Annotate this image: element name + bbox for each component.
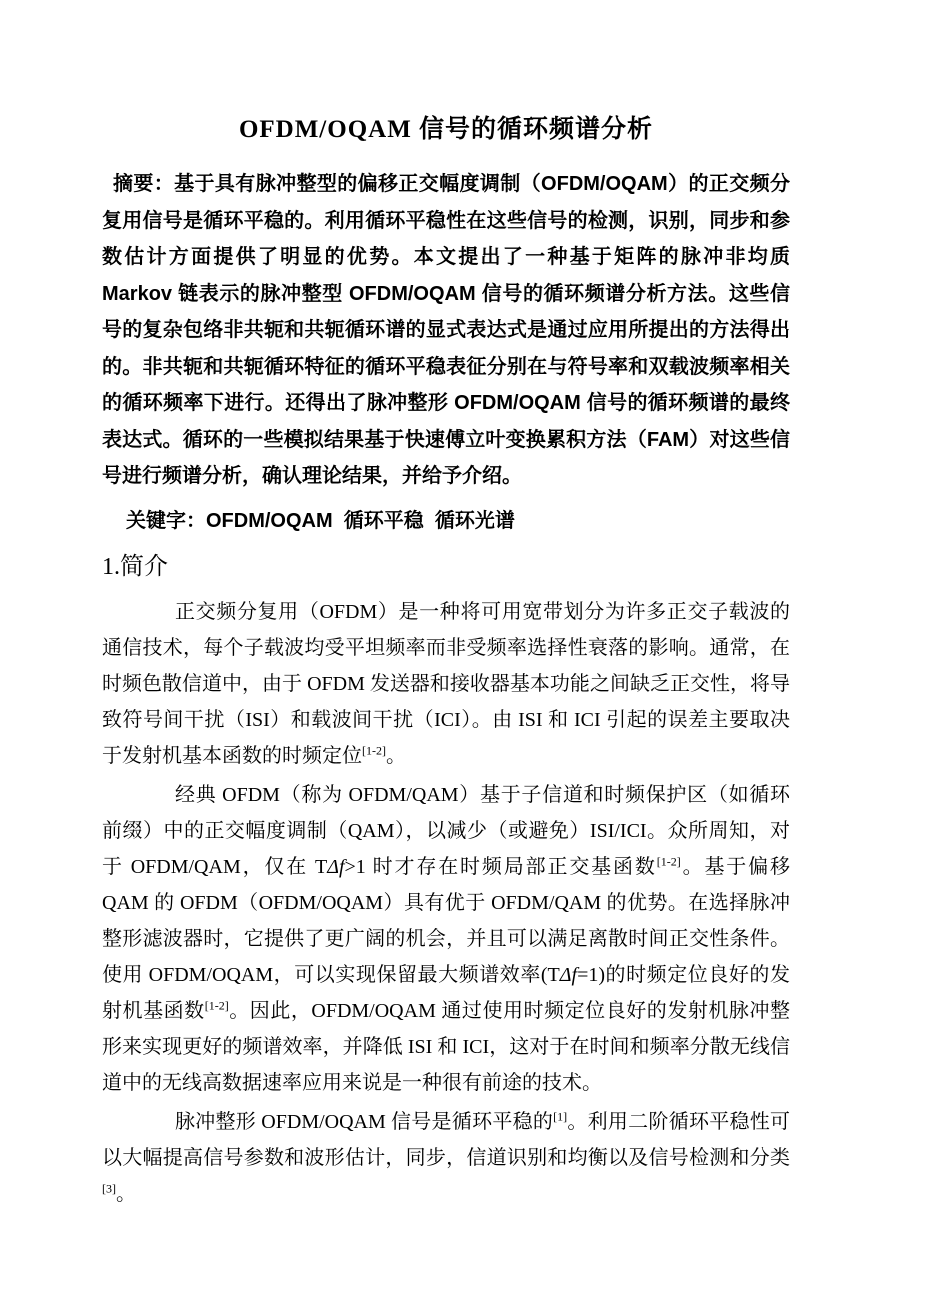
abstract-paragraph: 摘要：基于具有脉冲整型的偏移正交幅度调制（OFDM/OQAM）的正交频分复用信号… xyxy=(102,166,790,495)
text-run: >1 时才存在时频局部正交基函数 xyxy=(345,856,657,878)
citation-reference: [1-2] xyxy=(362,743,386,757)
math-symbol: Δf xyxy=(560,964,577,986)
body-paragraph: 经典 OFDM（称为 OFDM/QAM）基于子信道和时频保护区（如循环前缀）中的… xyxy=(102,777,790,1101)
keywords-line: 关键字：OFDM/OQAM 循环平稳 循环光谱 xyxy=(102,503,790,539)
section-heading: 1.简介 xyxy=(102,552,790,583)
citation-reference: [1-2] xyxy=(657,854,681,868)
section-number: 1. xyxy=(102,554,120,580)
body-paragraph: 正交频分复用（OFDM）是一种将可用宽带划分为许多正交子载波的通信技术，每个子载… xyxy=(102,594,790,774)
text-run: 。 xyxy=(116,1183,136,1205)
text-run: 。因此，OFDM/OQAM 通过使用时频定位良好的发射机脉冲整形来实现更好的频谱… xyxy=(102,1000,790,1094)
text-run: 脉冲整形 OFDM/OQAM 信号是循环平稳的 xyxy=(175,1111,553,1133)
body-paragraph: 脉冲整形 OFDM/OQAM 信号是循环平稳的[1]。利用二阶循环平稳性可以大幅… xyxy=(102,1104,790,1212)
text-run: 。 xyxy=(386,745,406,767)
abstract-label: 摘要： xyxy=(113,173,174,195)
body-paragraphs: 正交频分复用（OFDM）是一种将可用宽带划分为许多正交子载波的通信技术，每个子载… xyxy=(102,594,790,1212)
citation-reference: [3] xyxy=(102,1181,116,1195)
document-page: OFDM/OQAM 信号的循环频谱分析 摘要：基于具有脉冲整型的偏移正交幅度调制… xyxy=(0,0,925,1309)
keywords-text: OFDM/OQAM 循环平稳 循环光谱 xyxy=(206,510,515,532)
math-symbol: Δf xyxy=(327,856,344,878)
abstract-text: 基于具有脉冲整型的偏移正交幅度调制（OFDM/OQAM）的正交频分复用信号是循环… xyxy=(102,173,790,487)
section-title: 简介 xyxy=(120,554,168,580)
keywords-label: 关键字： xyxy=(126,510,206,532)
document-title: OFDM/OQAM 信号的循环频谱分析 xyxy=(102,113,790,147)
text-run: 正交频分复用（OFDM）是一种将可用宽带划分为许多正交子载波的通信技术，每个子载… xyxy=(102,601,790,767)
citation-reference: [1] xyxy=(553,1109,567,1123)
citation-reference: [1-2] xyxy=(205,998,229,1012)
